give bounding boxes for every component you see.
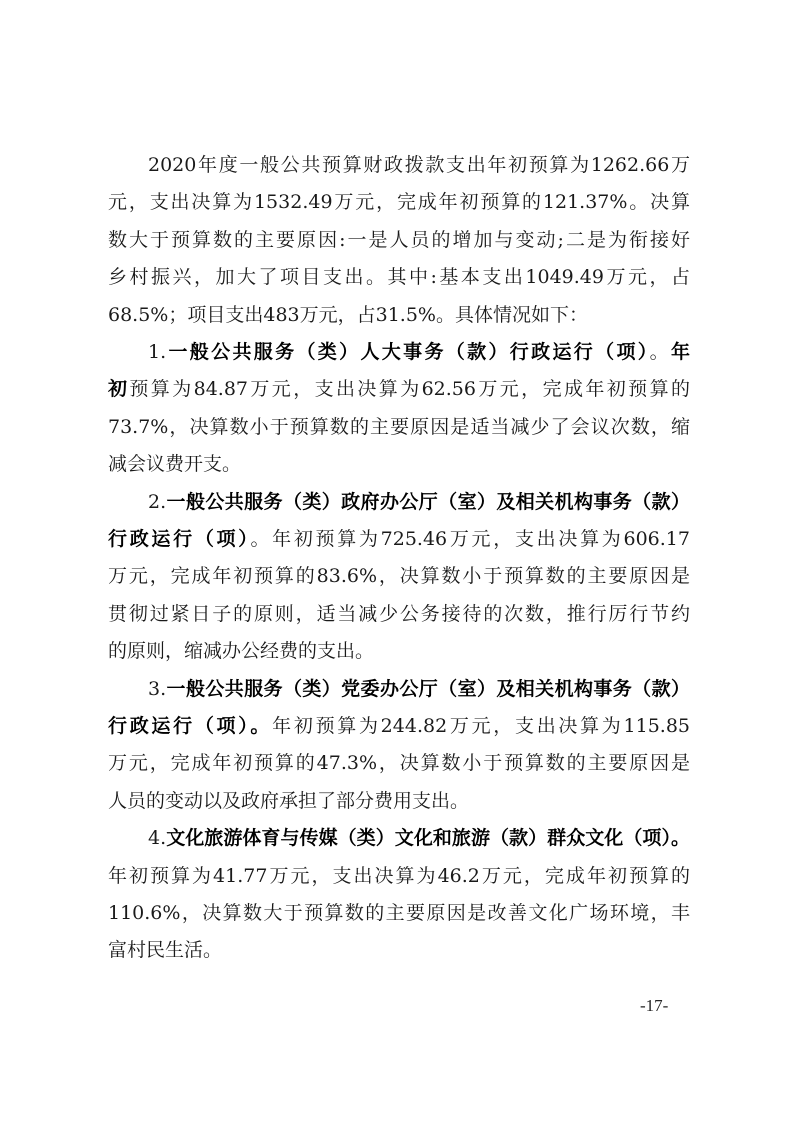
text-line: 贯彻过紧日子的原则，适当减少公务接待的次数，推行厉行节约 [108, 599, 690, 629]
document-page: 2020年度一般公共预算财政拨款支出年初预算为1262.66万元，支出决算为15… [0, 0, 793, 1122]
text-line: 的原则，缩减办公经费的支出。 [108, 636, 690, 666]
text-line: 2.一般公共服务（类）政府办公厅（室）及相关机构事务（款） [148, 487, 690, 517]
bold-heading-text: 年 [671, 341, 690, 363]
text-line: 73.7%，决算数小于预算数的主要原因是适当减少了会议次数，缩 [108, 412, 690, 442]
text-line: 初预算为84.87万元，支出决算为62.56万元，完成年初预算的 [108, 374, 690, 404]
body-text-run: 万元，完成年初预算的47.3%，决算数小于预算数的主要原因是 [108, 752, 690, 774]
body-text-run: 1. [148, 341, 166, 363]
body-text-run: 乡村振兴，加大了项目支出。其中:基本支出1049.49万元，占 [108, 266, 690, 288]
body-text-run: 68.5%；项目支出483万元，占31.5%。具体情况如下： [108, 304, 588, 326]
body-text-run: 减会议费开支。 [108, 453, 241, 475]
bold-heading-text: 行政运行（项） [108, 528, 250, 550]
bold-heading-text: 一般公共服务（类）党委办公厅（室）及相关机构事务（款） [166, 678, 690, 700]
text-line: 万元，完成年初预算的47.3%，决算数小于预算数的主要原因是 [108, 748, 690, 778]
text-line: 68.5%；项目支出483万元，占31.5%。具体情况如下： [108, 300, 690, 330]
body-text-run: 年初预算为41.77万元，支出决算为46.2万元，完成年初预算的 [108, 865, 690, 887]
body-text-run: 万元，完成年初预算的83.6%，决算数小于预算数的主要原因是 [108, 565, 690, 587]
text-line: 4.文化旅游体育与传媒（类）文化和旅游（款）群众文化（项）。 [148, 823, 690, 853]
text-line: 1.一般公共服务（类）人大事务（款）行政运行（项）。年 [148, 337, 690, 367]
text-line: 行政运行（项）。年初预算为244.82万元，支出决算为115.85 [108, 711, 690, 741]
text-line: 富村民生活。 [108, 935, 690, 965]
text-line: 万元，完成年初预算的83.6%，决算数小于预算数的主要原因是 [108, 561, 690, 591]
body-text-run: 年初预算为244.82万元，支出决算为115.85 [272, 715, 690, 737]
body-text-run: 贯彻过紧日子的原则，适当减少公务接待的次数，推行厉行节约 [108, 603, 690, 625]
text-line: 数大于预算数的主要原因:一是人员的增加与变动;二是为衔接好 [108, 225, 690, 255]
text-line: 3.一般公共服务（类）党委办公厅（室）及相关机构事务（款） [148, 674, 690, 704]
body-text-run: 3. [148, 678, 166, 700]
body-text-run: 的原则，缩减办公经费的支出。 [108, 640, 374, 662]
body-text-run: 预算为84.87万元，支出决算为62.56万元，完成年初预算的 [129, 378, 690, 400]
text-line: 110.6%，决算数大于预算数的主要原因是改善文化广场环境，丰 [108, 898, 690, 928]
body-text-run: 2. [148, 491, 166, 513]
body-text-run: 4. [148, 827, 166, 849]
body-text-run: 富村民生活。 [108, 939, 222, 961]
bold-heading-text: 一般公共服务（类）政府办公厅（室）及相关机构事务（款） [166, 491, 690, 513]
text-line: 行政运行（项）。年初预算为725.46万元，支出决算为606.17 [108, 524, 690, 554]
body-text-run: 110.6%，决算数大于预算数的主要原因是改善文化广场环境，丰 [108, 902, 690, 924]
text-line: 乡村振兴，加大了项目支出。其中:基本支出1049.49万元，占 [108, 262, 690, 292]
body-text-run: 数大于预算数的主要原因:一是人员的增加与变动;二是为衔接好 [108, 229, 690, 251]
text-line: 年初预算为41.77万元，支出决算为46.2万元，完成年初预算的 [108, 861, 690, 891]
text-line: 减会议费开支。 [108, 449, 690, 479]
bold-heading-text: 文化旅游体育与传媒（类）文化和旅游（款）群众文化（项）。 [166, 827, 690, 849]
body-text-run: 人员的变动以及政府承担了部分费用支出。 [108, 790, 469, 812]
page-number: -17- [640, 996, 668, 1016]
bold-heading-text: 行政运行（项）。 [108, 715, 272, 737]
body-text-run: 。年初预算为725.46万元，支出决算为606.17 [250, 528, 690, 550]
text-line: 元，支出决算为1532.49万元，完成年初预算的121.37%。决算 [108, 187, 690, 217]
body-text-run: 2020年度一般公共预算财政拨款支出年初预算为1262.66万 [148, 154, 690, 176]
text-line: 人员的变动以及政府承担了部分费用支出。 [108, 786, 690, 816]
body-text-run: 73.7%，决算数小于预算数的主要原因是适当减少了会议次数，缩 [108, 416, 690, 438]
body-text-run: 元，支出决算为1532.49万元，完成年初预算的121.37%。决算 [108, 191, 690, 213]
text-line: 2020年度一般公共预算财政拨款支出年初预算为1262.66万 [148, 150, 690, 180]
bold-heading-text: 一般公共服务（类）人大事务（款）行政运行（项） [166, 341, 649, 363]
bold-heading-text: 初 [108, 378, 129, 400]
body-text-run: 。 [650, 341, 671, 363]
